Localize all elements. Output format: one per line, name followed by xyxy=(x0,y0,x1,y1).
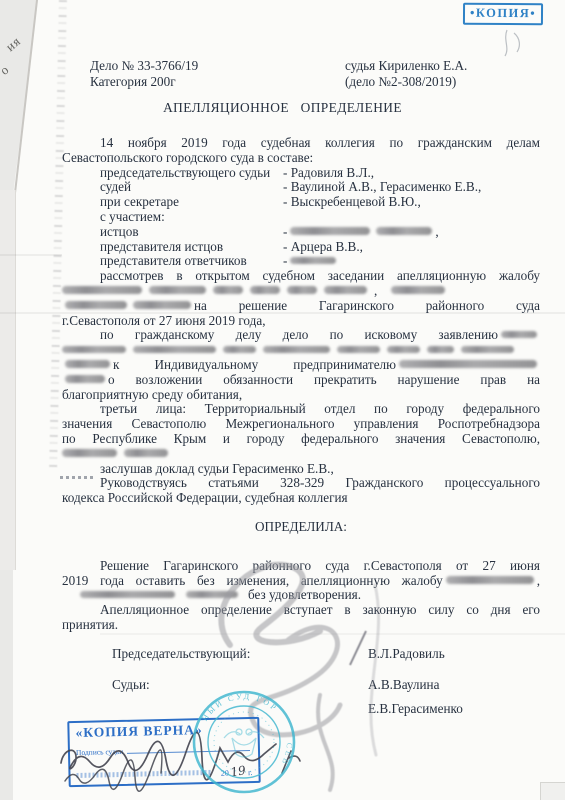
redaction xyxy=(399,360,537,368)
composition-value: - Выскребенцевой В.Ю., xyxy=(283,195,540,210)
doc-line: Руководствуясь статьями 328-329 Гражданс… xyxy=(62,476,540,491)
composition-row: председательствующего судьи - Радовиля В… xyxy=(62,166,540,181)
crease-line xyxy=(0,254,62,256)
case-reference: (дело №2-308/2019) xyxy=(345,74,456,90)
doc-text: - xyxy=(283,253,287,268)
composition-label: истцов xyxy=(100,225,283,240)
redaction xyxy=(337,346,380,354)
doc-line-redacted: , xyxy=(62,284,540,299)
redaction xyxy=(62,346,126,354)
redaction xyxy=(124,449,168,457)
doc-text: кодекса Российской Федерации, судебная к… xyxy=(62,490,348,505)
doc-text: , xyxy=(374,283,377,298)
doc-text: по гражданскому делу дело по исковому за… xyxy=(100,327,498,342)
composition-value: - Радовиля В.Л., xyxy=(283,166,540,181)
doc-text: к Индивидуальному предпринимателю xyxy=(113,357,396,372)
scanned-document: ия о •КОПИЯ• Дело № 33-3766/19 Категория… xyxy=(0,0,565,800)
redaction xyxy=(223,346,256,354)
redaction xyxy=(287,286,317,294)
composition-label: с участием: xyxy=(100,210,283,225)
margin-dash-artifact xyxy=(60,476,94,479)
doc-text: ОПРЕДЕЛИЛА: xyxy=(255,519,347,534)
redaction xyxy=(213,286,243,294)
doc-text: заслушав доклад судьи Герасименко Е.В., xyxy=(100,461,334,476)
case-number: Дело № 33-3766/19 xyxy=(90,58,198,74)
pencil-mark xyxy=(497,27,533,61)
redaction xyxy=(387,346,420,354)
scan-corner-artifact xyxy=(540,782,565,800)
composition-label: при секретаре xyxy=(100,195,283,210)
doc-line: по гражданскому делу дело по исковому за… xyxy=(62,328,540,343)
redaction xyxy=(62,449,117,457)
doc-line: значения Севастополю Межрегионального уп… xyxy=(62,417,540,432)
doc-text: Севастопольского городского суда в соста… xyxy=(62,150,313,165)
redaction xyxy=(62,286,142,294)
doc-line: кодекса Российской Федерации, судебная к… xyxy=(62,491,540,506)
redaction xyxy=(446,576,534,584)
doc-line: третьи лица: Территориальный отдел по го… xyxy=(62,402,540,417)
case-category: Категория 200г xyxy=(90,74,176,90)
doc-text: - xyxy=(283,224,287,239)
composition-row: представителя ответчиков - xyxy=(62,254,540,269)
redaction xyxy=(133,346,216,354)
redaction xyxy=(149,286,206,294)
underlay-margin xyxy=(0,190,16,570)
doc-text: по Республике Крым и городу федерального… xyxy=(62,431,540,446)
doc-line: на решение Гагаринского районного суда xyxy=(62,299,540,314)
doc-text: г.Севастополя от 27 июня 2019 года, xyxy=(62,313,266,328)
doc-line: о возложении обязанности прекратить нару… xyxy=(62,373,540,388)
redaction xyxy=(290,257,336,265)
doc-line-redacted xyxy=(62,447,540,462)
doc-text: значения Севастополю Межрегионального уп… xyxy=(62,416,540,431)
composition-value: - xyxy=(283,254,540,269)
doc-line: заслушав доклад судьи Герасименко Е.В., xyxy=(62,462,540,477)
composition-value: - Ваулиной А.В., Герасименко Е.В., xyxy=(283,180,540,195)
redaction xyxy=(376,227,432,235)
composition-row: при секретаре - Выскребенцевой В.Ю., xyxy=(62,195,540,210)
composition-value: - Арцера В.В., xyxy=(283,240,540,255)
composition-row: истцов -, xyxy=(62,225,540,240)
document-title: АПЕЛЛЯЦИОННОЕ ОПРЕДЕЛЕНИЕ xyxy=(0,100,565,116)
composition-label: представителя истцов xyxy=(100,240,283,255)
redaction xyxy=(65,375,105,383)
redaction xyxy=(324,286,367,294)
redaction xyxy=(65,360,110,368)
composition-label: представителя ответчиков xyxy=(100,254,283,269)
doc-text: , xyxy=(435,224,438,239)
doc-text: 14 ноября 2019 года судебная коллегия по… xyxy=(100,135,540,150)
seal-arc-text-right: СЕВ xyxy=(279,742,294,767)
doc-line-redacted xyxy=(62,343,540,358)
composition-label: председательствующего судьи xyxy=(100,166,283,181)
doc-line: 14 ноября 2019 года судебная коллегия по… xyxy=(62,136,540,151)
redaction xyxy=(290,227,370,235)
underlay-text-fragment: ия xyxy=(3,33,25,55)
doc-text: третьи лица: Территориальный отдел по го… xyxy=(100,401,540,416)
svg-text:СЕВ: СЕВ xyxy=(279,742,294,767)
doc-text: рассмотрев в открытом судебном заседании… xyxy=(100,268,540,283)
doc-line: по Республике Крым и городу федерального… xyxy=(62,432,540,447)
composition-row: с участием: xyxy=(62,210,540,225)
signature-slash xyxy=(350,631,366,665)
doc-text: принятия. xyxy=(62,617,118,632)
doc-line: Севастопольского городского суда в соста… xyxy=(62,151,540,166)
redaction xyxy=(65,301,127,309)
redaction xyxy=(427,346,454,354)
doc-line: благоприятную среду обитания, xyxy=(62,388,540,403)
doc-text: Руководствуясь статьями 328-329 Гражданс… xyxy=(100,475,540,490)
operative-heading: ОПРЕДЕЛИЛА: xyxy=(62,520,540,535)
composition-label: судей xyxy=(100,180,283,195)
doc-line: рассмотрев в открытом судебном заседании… xyxy=(62,269,540,284)
redaction xyxy=(250,286,280,294)
redaction xyxy=(80,591,175,599)
redaction xyxy=(461,346,514,354)
redaction xyxy=(391,286,445,294)
round-court-seal: НЫЙ СУД ГОР СЕВ xyxy=(188,688,306,800)
judge-name: судья Кириленко Е.А. xyxy=(345,58,467,74)
doc-line: к Индивидуальному предпринимателю xyxy=(62,358,540,373)
composition-value: -, xyxy=(283,225,540,240)
copy-stamp: •КОПИЯ• xyxy=(463,3,543,26)
composition-row: представителя истцов - Арцера В.В., xyxy=(62,240,540,255)
composition-value xyxy=(283,210,540,225)
redaction xyxy=(263,346,330,354)
doc-line: г.Севастополя от 27 июня 2019 года, xyxy=(62,314,540,329)
underlay-text-fragment: о xyxy=(0,61,13,78)
composition-row: судей - Ваулиной А.В., Герасименко Е.В., xyxy=(62,180,540,195)
doc-text: , xyxy=(537,573,540,588)
redaction xyxy=(133,301,191,309)
doc-text: на решение Гагаринского районного суда xyxy=(194,298,540,313)
doc-text: о возложении обязанности прекратить нару… xyxy=(108,372,540,387)
redaction xyxy=(501,331,537,339)
doc-text: благоприятную среду обитания, xyxy=(62,387,242,402)
